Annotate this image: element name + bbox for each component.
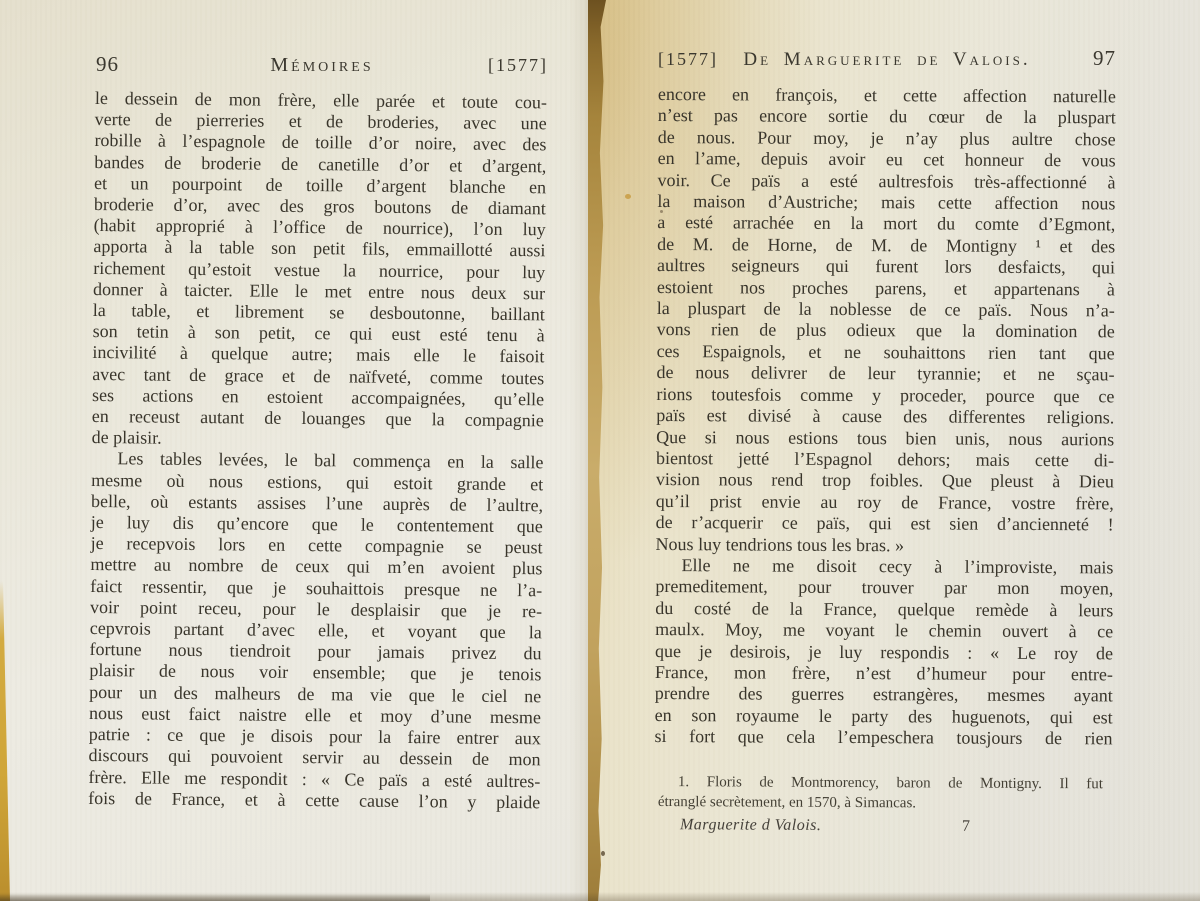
text-line: de nous. Pour moy, je n’ay plus aultre c…: [658, 127, 1116, 151]
text-line: étranglé secrètement, en 1570, à Simanca…: [658, 792, 1103, 814]
right-running-title: De Marguerite de Valois.: [743, 49, 1030, 71]
text-line: premeditement, pour trouver par mon moye…: [655, 576, 1113, 600]
book-photo: 96 Mémoires [1577] le dessein de mon frè…: [0, 0, 1200, 901]
text-line: n’est pas encore sortie du cœur de la pl…: [658, 105, 1116, 129]
right-year-tag: [1577]: [658, 49, 718, 70]
text-line: 1. Floris de Montmorency, baron de Monti…: [658, 772, 1103, 794]
text-line: maulx. Moy, me voyant le chemin ouvert à…: [655, 619, 1113, 643]
text-line: de r’acquerir ce païs, qui est sien d’an…: [656, 512, 1114, 536]
text-line: la pluspart de la noblesse de ce païs. N…: [657, 298, 1115, 322]
text-line: Que si nous estions tous bien unis, nous…: [656, 426, 1114, 450]
text-line: fois de France, et à cette cause l’on y …: [88, 788, 540, 814]
sheet-number: 7: [962, 818, 970, 836]
text-line: encore en françois, et cette affection n…: [658, 84, 1116, 108]
text-line: rions toutesfois comme y proceder, pourc…: [656, 384, 1114, 408]
left-page-body: le dessein de mon frère, elle parée et t…: [88, 88, 547, 813]
right-page-number: 97: [1093, 46, 1116, 71]
gutter-shadow: [570, 0, 590, 901]
body-paragraph: Elle ne me disoit cecy à l’improviste, m…: [655, 555, 1114, 750]
text-line: ces Espaignols, et ne souhaittons rien t…: [657, 341, 1115, 365]
text-line: France, mon frère, n’est d’humeur pour e…: [655, 662, 1113, 686]
text-line: Elle ne me disoit cecy à l’improviste, m…: [655, 555, 1113, 579]
body-paragraph: le dessein de mon frère, elle parée et t…: [92, 88, 547, 453]
text-line: a esté arrachée en la mort du comte d’Eg…: [657, 212, 1115, 236]
footnote: 1. Floris de Montmorency, baron de Monti…: [658, 772, 1103, 814]
text-line: vision nous rend trop foibles. Que pleus…: [656, 469, 1114, 493]
text-line: du costé de la France, quelque remède à …: [655, 598, 1113, 622]
text-line: que je desirois, je luy respondis : « Le…: [655, 641, 1113, 665]
text-line: prendre des guerres estrangères, mesmes …: [655, 683, 1113, 707]
bottom-edge-shadow: [0, 894, 430, 901]
text-line: païs est divisé à cause des differentes …: [656, 405, 1114, 429]
text-line: estoient nos proches parens, et apparten…: [657, 277, 1115, 301]
foxing-speck: [625, 194, 631, 199]
volume-signature: Marguerite d Valois.: [680, 816, 821, 835]
text-line: bientost jetté l’Espagnol dehors; mais c…: [656, 448, 1114, 472]
text-line: si fort que cela l’empeschera tousjours …: [655, 726, 1113, 750]
text-line: voir. Ce païs a esté aultresfois très-af…: [657, 170, 1115, 194]
text-line: en son royaume le party des huguenots, q…: [655, 705, 1113, 729]
text-line: Nous luy tendrions tous les bras. »: [656, 534, 1114, 558]
left-year-tag: [1577]: [488, 55, 548, 76]
signature-row: Marguerite d Valois. 7: [680, 816, 970, 836]
text-line: en l’ame, depuis avoir eu cet honneur de…: [658, 148, 1116, 172]
left-running-title: Mémoires: [270, 54, 373, 77]
left-page-number: 96: [96, 52, 119, 77]
text-line: de nous delivrer de leur tyrannie; et ne…: [656, 362, 1114, 386]
left-page-header: 96 Mémoires [1577]: [96, 52, 548, 77]
text-line: de M. de Horne, de M. de Montigny ¹ et d…: [657, 234, 1115, 258]
text-line: vons rien de plus odieux que la dominati…: [657, 319, 1115, 343]
right-page-header: [1577] De Marguerite de Valois. 97: [658, 46, 1116, 71]
text-line: la maison d’Austriche; mais cette affect…: [657, 191, 1115, 215]
text-line: aultres seigneurs qui furent lors desfai…: [657, 255, 1115, 279]
foxing-speck: [601, 851, 605, 856]
body-paragraph: encore en françois, et cette affection n…: [656, 84, 1116, 557]
body-paragraph: Les tables levées, le bal commença en la…: [88, 448, 543, 813]
text-line: qu’il prist envie au roy de France, vost…: [656, 491, 1114, 515]
right-page-body: encore en françois, et cette affection n…: [655, 84, 1116, 750]
